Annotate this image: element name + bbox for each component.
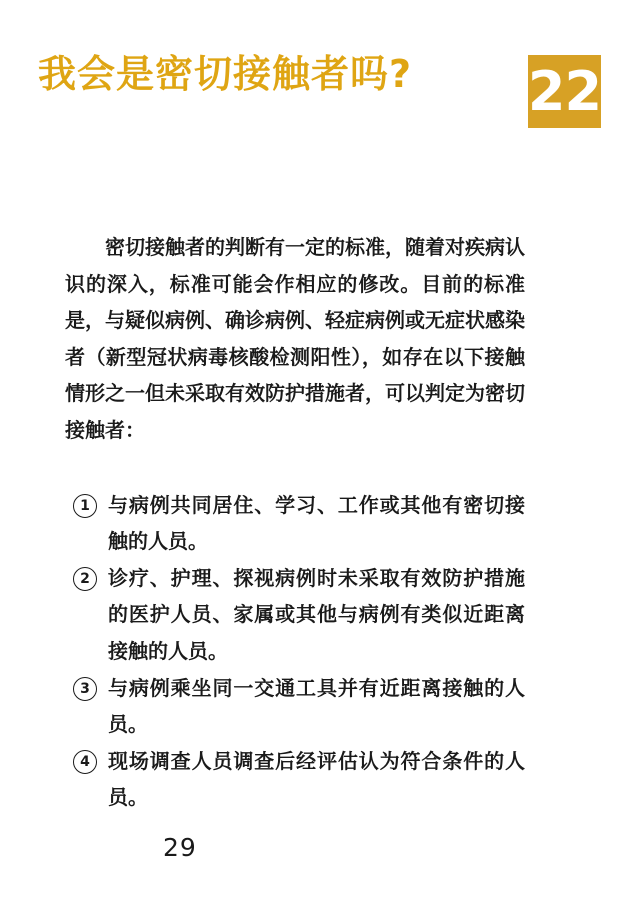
section-number: 22	[528, 65, 601, 119]
list-item: 4 现场调查人员调查后经评估认为符合条件的人员。	[65, 743, 525, 816]
marker-cell: 2	[65, 560, 108, 591]
circled-number-2: 2	[73, 567, 97, 591]
booklet-page: 我会是密切接触者吗? 22 密切接触者的判断有一定的标准，随着对疾病认识的深入，…	[0, 0, 640, 899]
page-number: 29	[163, 833, 197, 863]
marker-cell: 1	[65, 487, 108, 518]
marker-cell: 4	[65, 743, 108, 774]
content-block: 密切接触者的判断有一定的标准，随着对疾病认识的深入，标准可能会作相应的修改。目前…	[65, 229, 525, 816]
circled-number-4: 4	[73, 750, 97, 774]
criteria-list: 1 与病例共同居住、学习、工作或其他有密切接触的人员。 2 诊疗、护理、探视病例…	[65, 487, 525, 816]
list-item-text: 与病例共同居住、学习、工作或其他有密切接触的人员。	[108, 487, 525, 560]
section-number-badge: 22	[528, 55, 601, 128]
list-item: 1 与病例共同居住、学习、工作或其他有密切接触的人员。	[65, 487, 525, 560]
list-item-text: 现场调查人员调查后经评估认为符合条件的人员。	[108, 743, 525, 816]
circled-number-3: 3	[73, 677, 97, 701]
list-item: 2 诊疗、护理、探视病例时未采取有效防护措施的医护人员、家属或其他与病例有类似近…	[65, 560, 525, 670]
list-item: 3 与病例乘坐同一交通工具并有近距离接触的人员。	[65, 670, 525, 743]
intro-paragraph: 密切接触者的判断有一定的标准，随着对疾病认识的深入，标准可能会作相应的修改。目前…	[65, 229, 525, 449]
list-item-text: 与病例乘坐同一交通工具并有近距离接触的人员。	[108, 670, 525, 743]
list-item-text: 诊疗、护理、探视病例时未采取有效防护措施的医护人员、家属或其他与病例有类似近距离…	[108, 560, 525, 670]
page-title: 我会是密切接触者吗?	[38, 52, 412, 96]
marker-cell: 3	[65, 670, 108, 701]
circled-number-1: 1	[73, 494, 97, 518]
